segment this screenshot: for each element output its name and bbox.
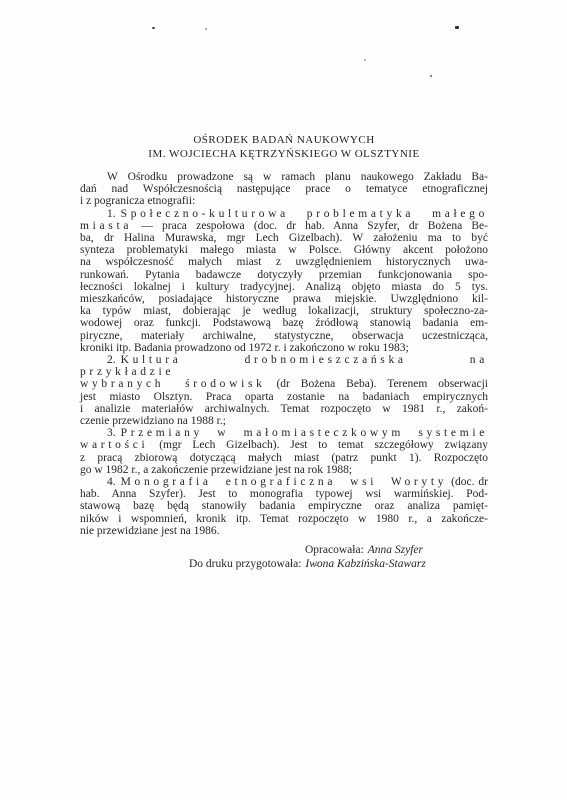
text-line: kroniki itp. Badania prowadzono od 1972 … <box>80 342 488 354</box>
research-item-2: 2.Kultura drobnomieszczańska na przykład… <box>80 354 488 427</box>
item-heading-spaced: Monografia etnograficzna wsi Woryty <box>121 476 448 488</box>
text-line: dań nad Współczesnością następujące prac… <box>80 183 488 195</box>
text-line: wartości (mgr Lech Gizelbach). Jest to t… <box>80 439 488 451</box>
scan-speck <box>455 26 459 29</box>
title-line-1: OŚRODEK BADAŃ NAUKOWYCH <box>80 133 488 147</box>
text-line: jest miasto Olsztyn. Praca oparta zostan… <box>80 391 488 403</box>
item-number: 3. <box>107 427 116 439</box>
prepared-by-label: Opracowała: <box>305 544 364 556</box>
research-item-3: 3.Przemiany w małomiasteczkowym systemie… <box>80 427 488 476</box>
text-line: 4.Monografia etnograficzna wsi Woryty (d… <box>80 476 488 488</box>
item-heading-spaced: wybranych środowisk <box>80 378 266 390</box>
text-line: hab. Anna Szyfer). Jest to monografia ty… <box>80 488 488 500</box>
credits-block: Opracowała:Anna Szyfer Do druku przygoto… <box>80 544 488 571</box>
text-line: synteza problematyki małego miasta w Pol… <box>80 244 488 256</box>
text-line: czenie przewidziano na 1988 r.; <box>80 415 488 427</box>
text-line: 2.Kultura drobnomieszczańska na przykład… <box>80 354 488 378</box>
scanned-document-page: OŚRODEK BADAŃ NAUKOWYCH IM. WOJCIECHA KĘ… <box>0 0 567 800</box>
text-line: stawową bazę będą stanowiły badania empi… <box>80 500 488 512</box>
item-heading-spaced: Przemiany w małomiasteczkowym systemie <box>121 427 488 439</box>
scan-speck <box>313 565 318 566</box>
item-heading-spaced: Kultura drobnomieszczańska na przykładzi… <box>80 354 488 378</box>
document-body: W Ośrodku prowadzone są w ramach planu n… <box>80 171 488 537</box>
print-prep-line: Do druku przygotowała:Iwona Kabzińska-St… <box>189 558 488 571</box>
text-line: mieszkańców, posiadające historyczne pra… <box>80 293 488 305</box>
text-line: ka typów miast, dobierając je według lok… <box>80 305 488 317</box>
prepared-by-name: Anna Szyfer <box>368 544 423 556</box>
item-heading-spaced: Społeczno-kulturowa problematyka małego <box>121 208 488 220</box>
text-line: i analizie materiałów archiwalnych. Tema… <box>80 403 488 415</box>
item-heading-spaced: miasta <box>80 220 132 232</box>
print-prep-label: Do druku przygotowała: <box>189 558 301 570</box>
scan-speck <box>430 75 432 77</box>
item-number: 2. <box>107 354 116 366</box>
text-line: z pracą zbiorową dotyczącą małych miast … <box>80 452 488 464</box>
line-text: — praca zespołowa (doc. dr hab. Anna Szy… <box>132 220 488 232</box>
scan-speck <box>364 59 366 61</box>
item-heading-spaced: wartości <box>80 439 148 451</box>
text-line: piryczne, materiały archiwalne, statysty… <box>80 330 488 342</box>
research-item-1: 1.Społeczno-kulturowa problematyka małeg… <box>80 208 488 354</box>
text-line: W Ośrodku prowadzone są w ramach planu n… <box>80 171 488 183</box>
text-line: ników i wspomnień, kronik itp. Temat roz… <box>80 513 488 525</box>
text-line: łeczności lokalnej i kultury tradycyjnej… <box>80 281 488 293</box>
title-line-2: IM. WOJCIECHA KĘTRZYŃSKIEGO W OLSZTYNIE <box>80 147 488 161</box>
item-number: 1. <box>107 208 116 220</box>
text-line: i z pogranicza etnografii: <box>80 195 488 207</box>
text-line: miasta — praca zespołowa (doc. dr hab. A… <box>80 220 488 232</box>
text-line: go w 1982 r., a zakończenie przewidziane… <box>80 464 488 476</box>
text-line: 3.Przemiany w małomiasteczkowym systemie <box>80 427 488 439</box>
line-text: (dr Bożena Beba). Terenem obserwacji <box>266 378 488 390</box>
text-line: na współczesność małych miast z uwzględn… <box>80 256 488 268</box>
line-text: (doc. dr <box>447 476 488 488</box>
scan-speck <box>152 27 155 29</box>
item-number: 4. <box>107 476 116 488</box>
prepared-by-line: Opracowała:Anna Szyfer <box>305 544 488 557</box>
print-prep-name: Iwona Kabzińska-Stawarz <box>305 558 425 570</box>
text-line: 1.Społeczno-kulturowa problematyka małeg… <box>80 208 488 220</box>
intro-paragraph: W Ośrodku prowadzone są w ramach planu n… <box>80 171 488 208</box>
text-line: wodowej oraz funkcji. Podstawową bazę źr… <box>80 317 488 329</box>
text-line: nie przewidziane jest na 1986. <box>80 525 488 537</box>
text-line: runkowań. Pytania badawcze dotyczyły prz… <box>80 269 488 281</box>
line-text: (mgr Lech Gizelbach). Jest to temat szcz… <box>148 439 488 451</box>
text-line: wybranych środowisk (dr Bożena Beba). Te… <box>80 378 488 390</box>
scan-speck <box>205 28 207 30</box>
text-line: ba, dr Halina Murawska, mgr Lech Gizelba… <box>80 232 488 244</box>
research-item-4: 4.Monografia etnograficzna wsi Woryty (d… <box>80 476 488 537</box>
document-title: OŚRODEK BADAŃ NAUKOWYCH IM. WOJCIECHA KĘ… <box>80 133 488 161</box>
